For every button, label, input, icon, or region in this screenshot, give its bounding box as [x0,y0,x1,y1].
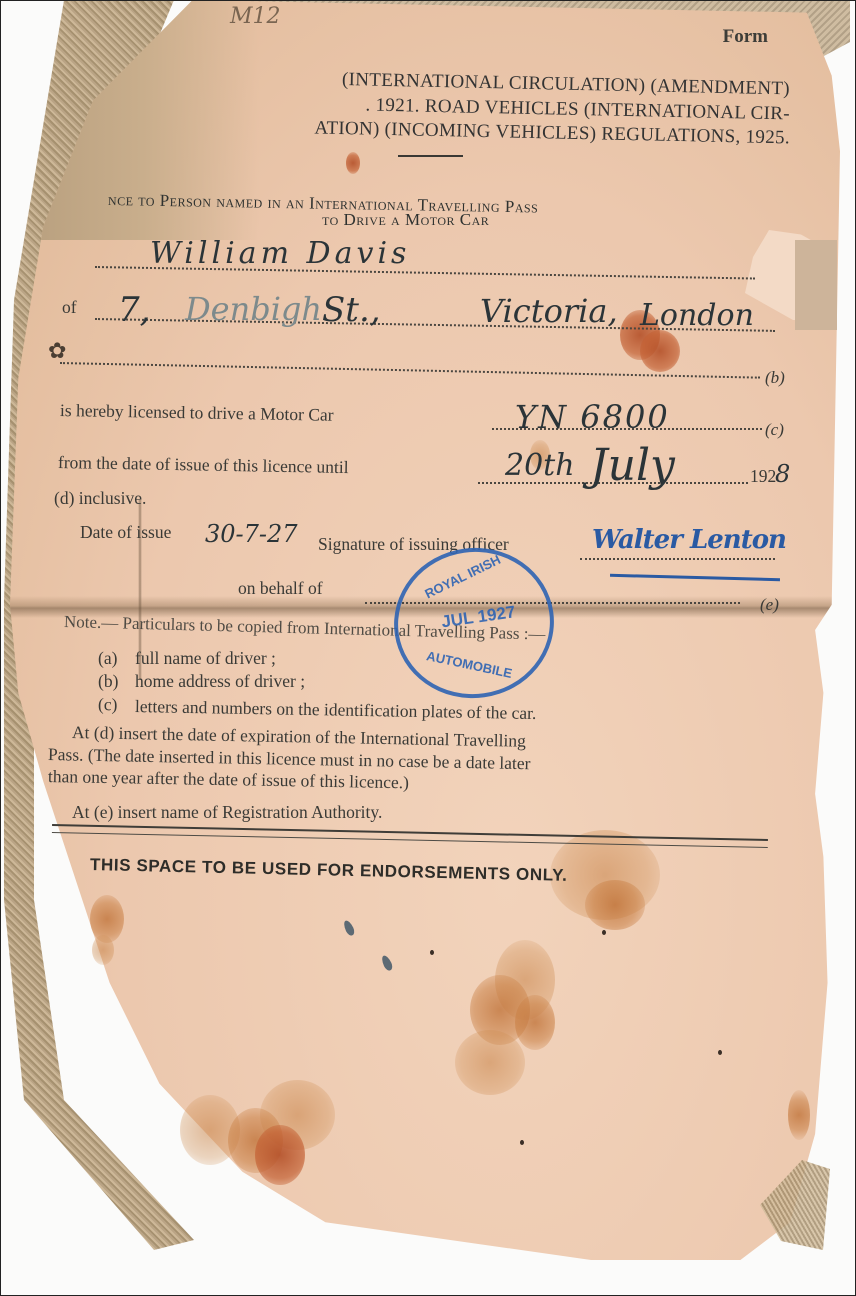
form-number-handwritten: M12 [230,4,281,29]
note-e: At (e) insert name of Registration Autho… [72,802,382,823]
note-item-a-marker: (a) [98,648,117,669]
stamp-top-text: ROYAL IRISH [422,552,503,602]
licence-subheading: to Drive a Motor Car [322,210,489,230]
stain [346,152,360,174]
note-item-a: full name of driver ; [135,648,276,669]
stain [92,935,114,965]
address-street: Denbigh [185,290,322,328]
date-of-issue-label: Date of issue [80,522,171,543]
stain [255,1125,305,1185]
marker-e: (e) [760,595,779,615]
speck [430,950,434,955]
note-item-b: home address of driver ; [135,671,305,692]
driver-name: William Davis [150,236,410,271]
expiry-day: 20th [505,448,575,483]
speck [520,1140,524,1145]
address-city: London [640,298,754,333]
form-label: Form [723,26,768,48]
note-item-c-marker: (c) [98,694,118,715]
note-item-b-marker: (b) [98,671,118,692]
address-st: St., [322,290,381,330]
marker-b: (b) [765,368,785,388]
stain [788,1090,810,1140]
stain [640,330,680,372]
speck [718,1050,722,1055]
address-number: 7, [118,290,150,330]
torn-patch-shadow [795,240,837,330]
marker-c: (c) [765,420,784,440]
divider [398,155,463,157]
stain [585,880,645,930]
registration-number: YN 6800 [515,398,670,436]
signature-line [580,558,775,560]
stamp-bottom-text: AUTOMOBILE [425,648,513,681]
address-district: Victoria, [480,292,618,330]
expiry-year-printed: 192 [750,466,776,487]
stain [455,1030,525,1095]
expiry-year-handwritten: 8 [775,460,790,488]
on-behalf-label: on behalf of [238,578,323,599]
date-of-issue-value: 30-7-27 [205,520,298,548]
expiry-month: July [590,440,675,491]
stamp-date: JUL 1927 [440,602,516,632]
stain [515,995,555,1050]
speck [602,930,606,935]
ornament-mark: ✿ [48,338,66,364]
officer-signature: Walter Lenton [592,525,786,555]
address-prefix: of [62,297,77,318]
inclusive-label: (d) inclusive. [54,488,146,509]
